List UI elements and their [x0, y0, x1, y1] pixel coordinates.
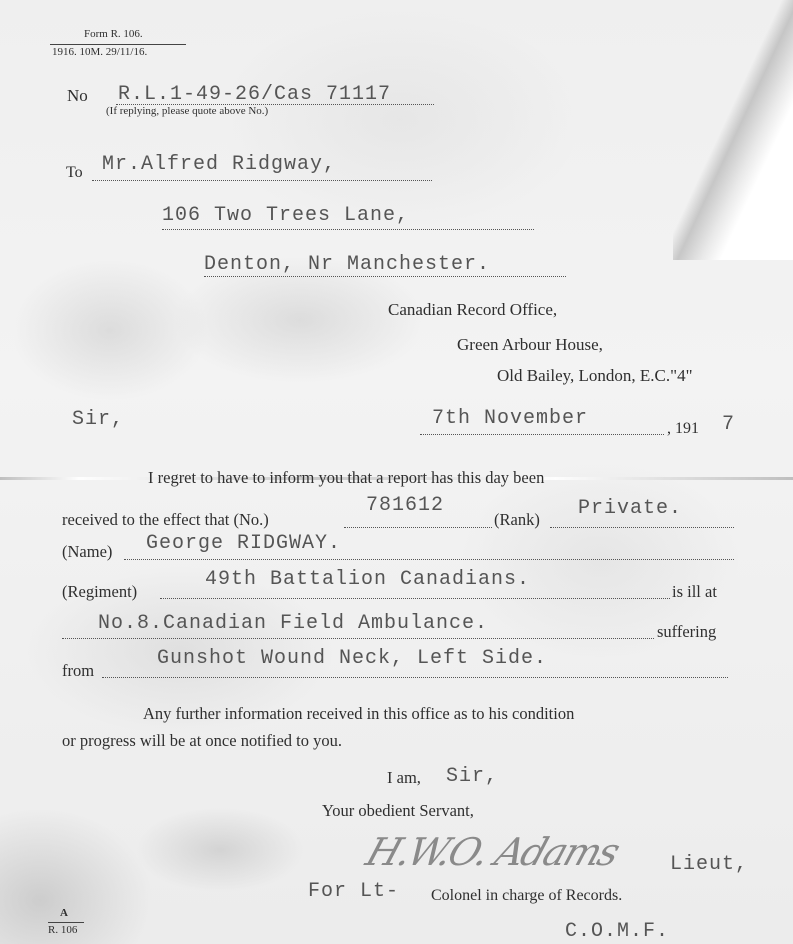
- reference-label: No: [67, 86, 88, 106]
- closing-i-am: I am,: [387, 768, 421, 788]
- footer-code-bottom: R. 106: [48, 924, 77, 936]
- regiment-line: [160, 598, 670, 599]
- footer-code-rule: [48, 922, 84, 923]
- location-line: [62, 638, 654, 639]
- recipient-name: Mr.Alfred Ridgway,: [102, 153, 336, 176]
- regiment-value: 49th Battalion Canadians.: [205, 568, 530, 591]
- received-label: received to the effect that (No.): [62, 510, 269, 530]
- report-intro: I regret to have to inform you that a re…: [148, 468, 544, 488]
- rank-label: (Rank): [494, 510, 540, 530]
- letter-year-suffix: 7: [722, 413, 735, 436]
- handwritten-signature: H.W.O. Adams: [361, 830, 624, 874]
- salutation: Sir,: [72, 408, 124, 431]
- form-id-rule: [50, 44, 186, 45]
- condition-line: [102, 677, 728, 678]
- closing-sir: Sir,: [446, 765, 498, 788]
- letter-year-prefix: , 191: [667, 420, 699, 438]
- followup-paragraph-line-1: Any further information received in this…: [143, 704, 574, 724]
- hospital-location: No.8.Canadian Field Ambulance.: [98, 612, 488, 635]
- reference-number: R.L.1-49-26/Cas 71117: [118, 83, 391, 106]
- form-print-run: 1916. 10M. 29/11/16.: [52, 46, 147, 58]
- address-line-2-rule: [204, 276, 566, 277]
- form-id: Form R. 106.: [84, 28, 143, 40]
- sender-office: Canadian Record Office,: [388, 300, 557, 320]
- address-line-1-rule: [162, 229, 534, 230]
- suffering-label: suffering: [657, 622, 716, 642]
- recipient-name-line: [92, 180, 432, 181]
- rank-line: [550, 527, 734, 528]
- soldier-name: George RIDGWAY.: [146, 532, 341, 555]
- unit-abbreviation: C.O.M.F.: [565, 920, 669, 943]
- sender-city: Old Bailey, London, E.C."4": [497, 366, 693, 386]
- followup-paragraph-line-2: or progress will be at once notified to …: [62, 731, 342, 751]
- sender-building: Green Arbour House,: [457, 335, 603, 355]
- service-number-line: [344, 527, 492, 528]
- service-number: 781612: [366, 494, 444, 517]
- reference-hint: (If replying, please quote above No.): [106, 105, 268, 117]
- name-line: [124, 559, 734, 560]
- paper-corner-fold: [673, 0, 793, 260]
- from-label: from: [62, 661, 94, 681]
- wound-condition: Gunshot Wound Neck, Left Side.: [157, 647, 547, 670]
- date-dotted-line: [420, 434, 664, 435]
- footer-code-top: A: [60, 907, 68, 919]
- letter-date: 7th November: [432, 407, 588, 430]
- name-label: (Name): [62, 542, 112, 562]
- ill-at-label: is ill at: [672, 582, 717, 602]
- signatory-rank: Lieut,: [670, 853, 748, 876]
- for-prefix: For Lt-: [308, 880, 399, 903]
- to-label: To: [66, 164, 83, 182]
- signatory-title: Colonel in charge of Records.: [431, 887, 622, 905]
- recipient-address-2: Denton, Nr Manchester.: [204, 253, 490, 276]
- recipient-address-1: 106 Two Trees Lane,: [162, 204, 409, 227]
- rank-value: Private.: [578, 497, 682, 520]
- closing-servant: Your obedient Servant,: [322, 801, 474, 821]
- regiment-label: (Regiment): [62, 582, 137, 602]
